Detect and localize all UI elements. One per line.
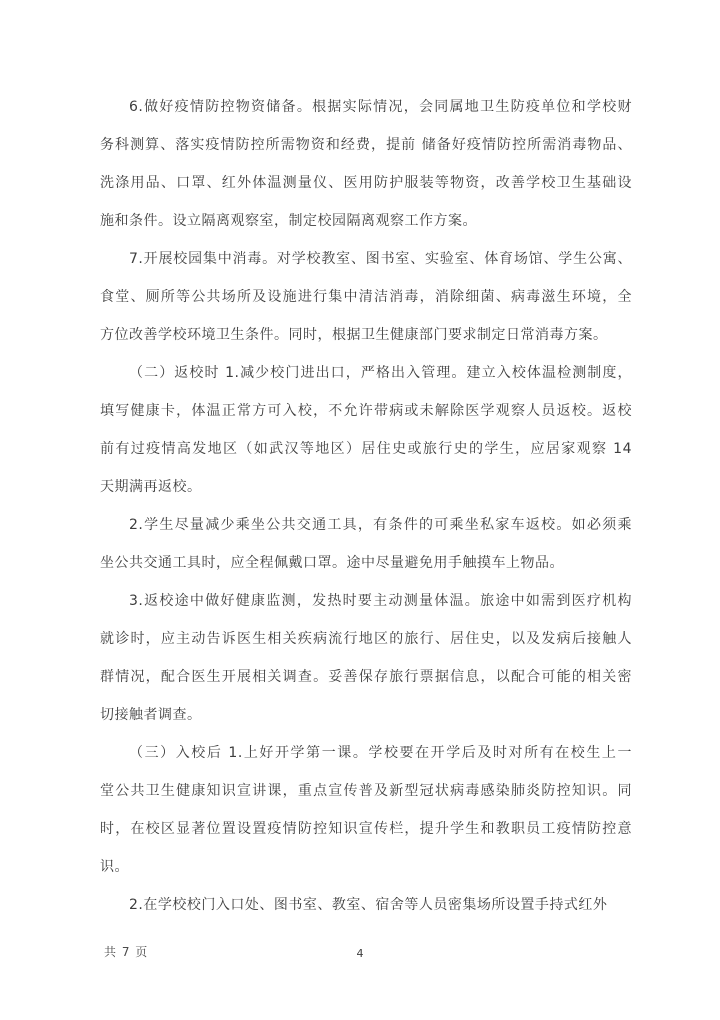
text-line: 2.在学校校门入口处、图书室、教室、宿舍等人员密集场所设置手持式红外	[100, 886, 632, 924]
text-line: （二）返校时 1.减少校门进出口，严格出入管理。建立入校体温检测制度，	[100, 354, 632, 392]
text-line: 天期满再返校。	[100, 468, 632, 506]
text-line: 填写健康卡，体温正常方可入校，不允许带病或未解除医学观察人员返校。返校	[100, 392, 632, 430]
text-line: 识。	[100, 848, 632, 886]
text-line: 就诊时，应主动告诉医生相关疾病流行地区的旅行、居住史，以及发病后接触人	[100, 620, 632, 658]
text-line: 7.开展校园集中消毒。对学校教室、图书室、实验室、体育场馆、学生公寓、	[100, 240, 632, 278]
paragraph: 2.学生尽量减少乘坐公共交通工具，有条件的可乘坐私家车返校。如必须乘坐公共交通工…	[100, 506, 632, 582]
text-line: （三）入校后 1.上好开学第一课。学校要在开学后及时对所有在校生上一	[100, 734, 632, 772]
text-line: 方位改善学校环境卫生条件。同时，根据卫生健康部门要求制定日常消毒方案。	[100, 316, 632, 354]
paragraph: 3.返校途中做好健康监测，发热时要主动测量体温。旅途中如需到医疗机构就诊时，应主…	[100, 582, 632, 734]
text-line: 时，在校区显著位置设置疫情防控知识宣传栏，提升学生和教职员工疫情防控意	[100, 810, 632, 848]
document-body: 6.做好疫情防控物资储备。根据实际情况，会同属地卫生防疫单位和学校财务科测算、落…	[100, 88, 632, 924]
document-page: 6.做好疫情防控物资储备。根据实际情况，会同属地卫生防疫单位和学校财务科测算、落…	[0, 0, 720, 1020]
text-line: 群情况，配合医生开展相关调查。妥善保存旅行票据信息，以配合可能的相关密	[100, 658, 632, 696]
paragraph: （三）入校后 1.上好开学第一课。学校要在开学后及时对所有在校生上一堂公共卫生健…	[100, 734, 632, 886]
text-line: 务科测算、落实疫情防控所需物资和经费，提前 储备好疫情防控所需消毒物品、	[100, 126, 632, 164]
text-line: 3.返校途中做好健康监测，发热时要主动测量体温。旅途中如需到医疗机构	[100, 582, 632, 620]
page-footer: 共 7 页 4	[0, 942, 720, 962]
paragraph: （二）返校时 1.减少校门进出口，严格出入管理。建立入校体温检测制度，填写健康卡…	[100, 354, 632, 506]
text-line: 坐公共交通工具时，应全程佩戴口罩。途中尽量避免用手触摸车上物品。	[100, 544, 632, 582]
paragraph: 7.开展校园集中消毒。对学校教室、图书室、实验室、体育场馆、学生公寓、食堂、厕所…	[100, 240, 632, 354]
paragraph: 2.在学校校门入口处、图书室、教室、宿舍等人员密集场所设置手持式红外	[100, 886, 632, 924]
text-line: 6.做好疫情防控物资储备。根据实际情况，会同属地卫生防疫单位和学校财	[100, 88, 632, 126]
text-line: 前有过疫情高发地区（如武汉等地区）居住史或旅行史的学生，应居家观察 14	[100, 430, 632, 468]
text-line: 洗涤用品、口罩、红外体温测量仪、医用防护服装等物资，改善学校卫生基础设	[100, 164, 632, 202]
text-line: 施和条件。设立隔离观察室，制定校园隔离观察工作方案。	[100, 202, 632, 240]
text-line: 食堂、厕所等公共场所及设施进行集中清洁消毒，消除细菌、病毒滋生环境，全	[100, 278, 632, 316]
text-line: 切接触者调查。	[100, 696, 632, 734]
text-line: 堂公共卫生健康知识宣讲课，重点宣传普及新型冠状病毒感染肺炎防控知识。同	[100, 772, 632, 810]
paragraph: 6.做好疫情防控物资储备。根据实际情况，会同属地卫生防疫单位和学校财务科测算、落…	[100, 88, 632, 240]
text-line: 2.学生尽量减少乘坐公共交通工具，有条件的可乘坐私家车返校。如必须乘	[100, 506, 632, 544]
page-number: 4	[0, 944, 720, 964]
